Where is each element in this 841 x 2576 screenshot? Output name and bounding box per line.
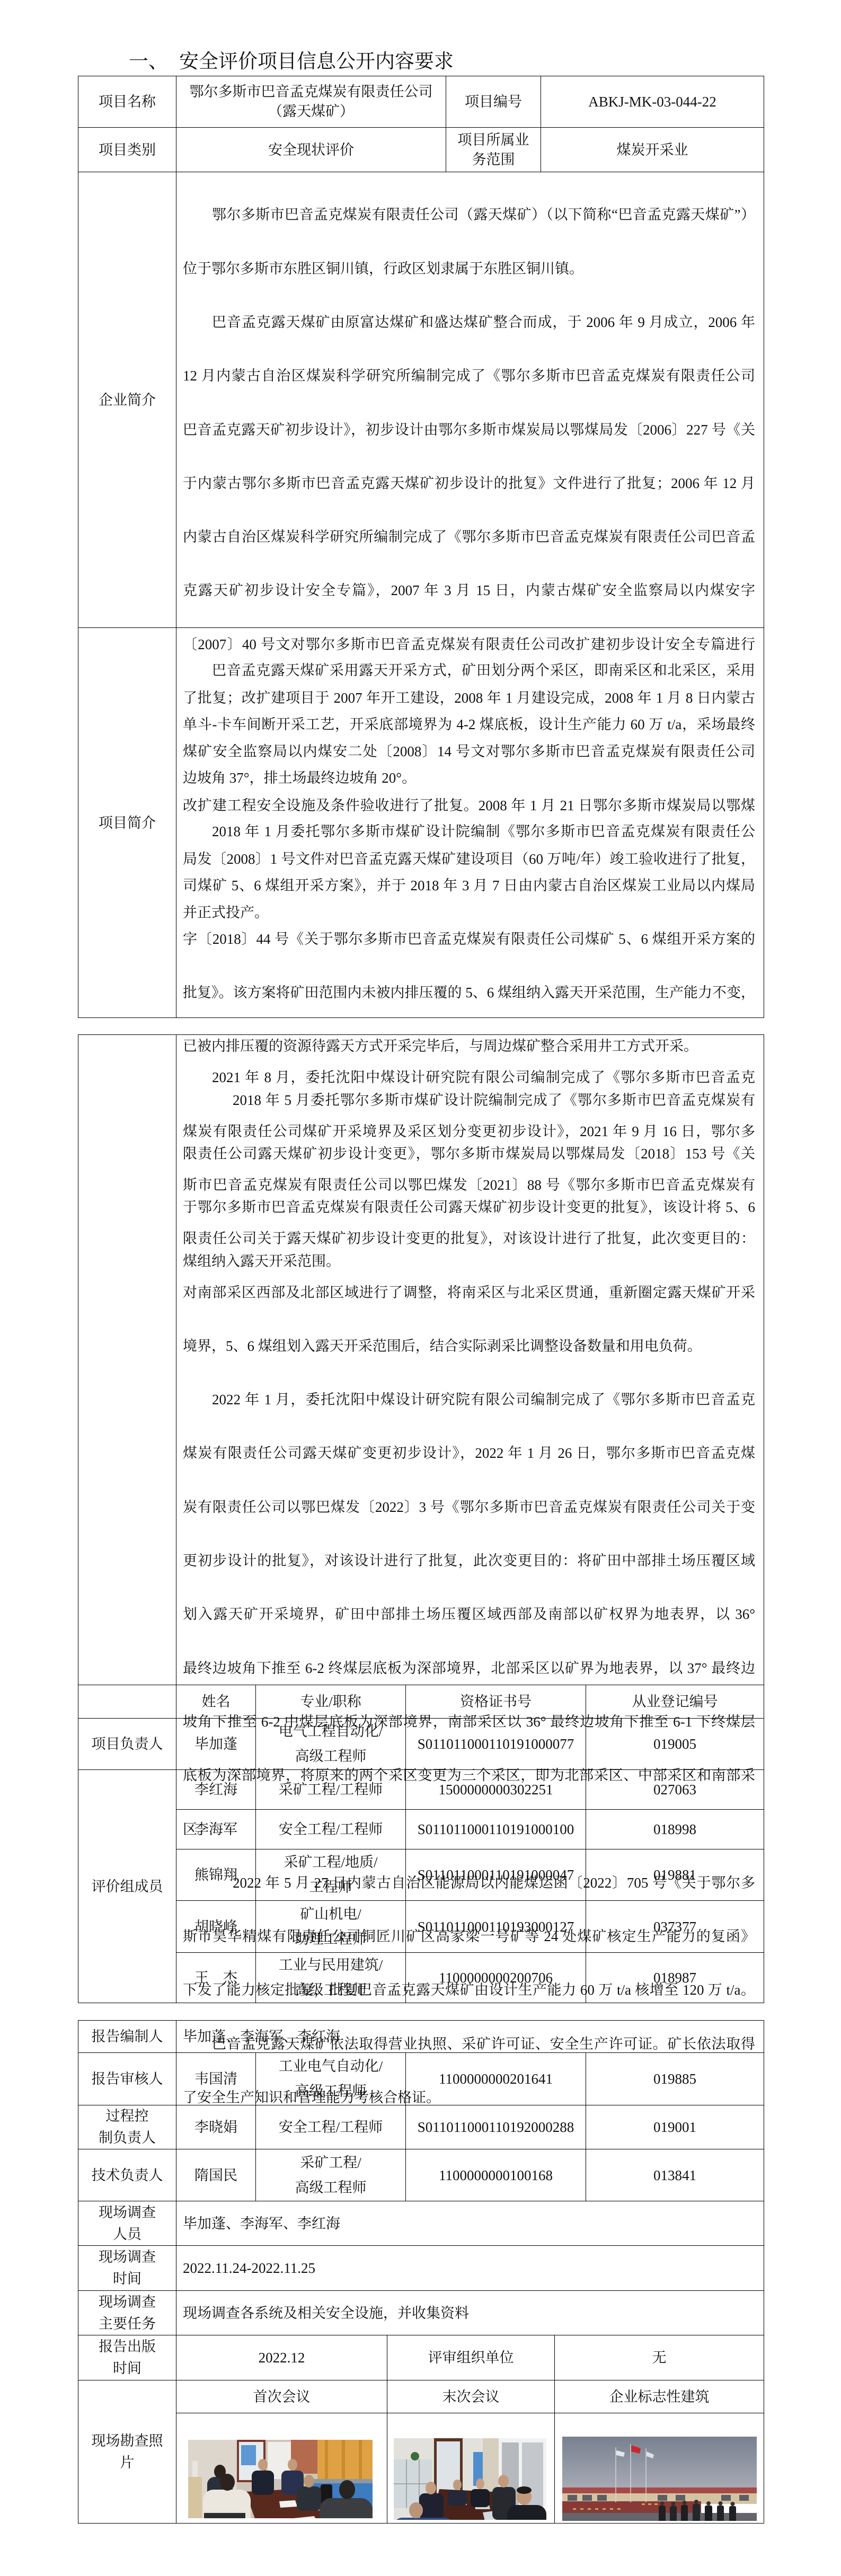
text-line: 鄂尔多斯市巴音孟克煤炭有限责任公司（露天煤矿）（以下简称“巴音孟克露天煤矿”） bbox=[183, 199, 755, 231]
person-registration: 019881 bbox=[586, 1849, 764, 1900]
text-line: 字〔2018〕44 号《关于鄂尔多斯市巴音孟克煤炭有限责任公司煤矿 5、6 煤组… bbox=[183, 923, 755, 955]
person-registration: 027063 bbox=[586, 1769, 764, 1809]
text-line: 司煤矿 5、6 煤组开采方案》，并于 2018 年 3 月 7 日由内蒙古自治区… bbox=[183, 870, 755, 902]
person-title: 电气工程自动化/ 高级工程师 bbox=[255, 1718, 405, 1769]
person-title: 采矿工程/ 高级工程师 bbox=[255, 2149, 405, 2201]
text-line: 煤炭有限责任公司煤矿开采境界及采区划分变更初步设计》，2021 年 9 月 16… bbox=[183, 1116, 755, 1148]
header-certificate: 资格证书号 bbox=[405, 1685, 586, 1718]
project-code-value: ABKJ-MK-03-044-22 bbox=[541, 76, 764, 127]
project-intro-continued-content: 2021 年 8 月，委托沈阳中煤设计研究院有限公司编制完成了《鄂尔多斯市巴音孟… bbox=[176, 1034, 764, 1685]
survey-staff-label: 现场调查 人员 bbox=[78, 2201, 176, 2245]
text-line: 最终边坡角下推至 6-2 终煤层底板为深部境界，北部采区以矿界为地表界，以 37… bbox=[183, 1652, 755, 1685]
project-intro-label: 项目简介 bbox=[78, 627, 176, 1018]
project-intro-content: 巴音孟克露天煤矿采用露天开采方式，矿田划分两个采区，即南采区和北采区，采用 单斗… bbox=[176, 627, 764, 1018]
person-certificate: 1100000000200706 bbox=[405, 1952, 586, 2003]
person-title: 安全工程/工程师 bbox=[255, 2105, 405, 2149]
text-line: 巴音孟克露天矿初步设计》，初步设计由鄂尔多斯市煤炭局以鄂煤局发〔2006〕227… bbox=[183, 414, 755, 446]
technical-lead-label: 技术负责人 bbox=[78, 2149, 176, 2201]
text-line: 克露天矿初步设计安全专篇》，2007 年 3 月 15 日，内蒙古煤矿安全监察局… bbox=[183, 574, 755, 607]
person-name: 李红海 bbox=[176, 1769, 255, 1809]
person-name: 熊锦翔 bbox=[176, 1849, 255, 1900]
person-certificate: S011011000110191000077 bbox=[405, 1718, 586, 1769]
site-photos-label: 现场勘查照 片 bbox=[78, 2380, 176, 2524]
person-name: 王 杰 bbox=[176, 1952, 255, 2003]
header-name: 姓名 bbox=[176, 1685, 255, 1718]
text-line: 2021 年 8 月，委托沈阳中煤设计研究院有限公司编制完成了《鄂尔多斯市巴音孟… bbox=[183, 1061, 755, 1094]
text-line: 内蒙古自治区煤炭科学研究所编制完成了《鄂尔多斯市巴音孟克煤炭有限责任公司巴音孟 bbox=[183, 521, 755, 553]
project-name-label: 项目名称 bbox=[78, 76, 176, 127]
person-certificate: S011011000110191000100 bbox=[405, 1809, 586, 1849]
person-title: 采矿工程/工程师 bbox=[255, 1769, 405, 1809]
enterprise-intro-content: 鄂尔多斯市巴音孟克煤炭有限责任公司（露天煤矿）（以下简称“巴音孟克露天煤矿”） … bbox=[176, 172, 764, 627]
section-title: 安全评价项目信息公开内容要求 bbox=[179, 50, 454, 74]
process-control-label: 过程控 制负责人 bbox=[78, 2105, 176, 2149]
person-title: 采矿工程/地质/ 工程师 bbox=[255, 1849, 405, 1900]
text-line: 12 月内蒙古自治区煤炭科学研究所编制完成了《鄂尔多斯市巴音孟克煤炭有限责任公司 bbox=[183, 360, 755, 392]
person-registration: 018987 bbox=[586, 1952, 764, 2003]
photo-cell-last-meeting bbox=[387, 2413, 554, 2524]
text-line: 于内蒙古鄂尔多斯市巴音孟克露天煤矿初步设计的批复》文件进行了批复；2006 年 … bbox=[183, 467, 755, 500]
section-number: 一、 bbox=[129, 50, 168, 74]
person-name: 隋国民 bbox=[176, 2149, 255, 2201]
report-compilers-value: 毕加蓬、李海军、李红海 bbox=[176, 2020, 764, 2052]
person-registration: 019001 bbox=[586, 2105, 764, 2149]
person-certificate: S011011000110193000127 bbox=[405, 1900, 586, 1952]
person-registration: 013841 bbox=[586, 2149, 764, 2201]
report-reviewer-label: 报告审核人 bbox=[78, 2052, 176, 2105]
person-name: 韦国清 bbox=[176, 2052, 255, 2105]
business-scope-label: 项目所属业 务范围 bbox=[446, 127, 541, 172]
text-line: 单斗-卡车间断开采工艺，开采底部境界为 4-2 煤底板，设计生产能力 60 万 … bbox=[183, 709, 755, 741]
survey-tasks-label: 现场调查 主要任务 bbox=[78, 2290, 176, 2335]
survey-time-value: 2022.11.24-2022.11.25 bbox=[176, 2245, 764, 2290]
person-certificate: 1100000000100168 bbox=[405, 2149, 586, 2201]
person-title: 工业电气自动化/ 高级工程师 bbox=[255, 2052, 405, 2105]
text-line: 巴音孟克露天煤矿由原富达煤矿和盛达煤矿整合而成，于 2006 年 9 月成立，2… bbox=[183, 306, 755, 339]
survey-staff-value: 毕加蓬、李海军、李红海 bbox=[176, 2201, 764, 2245]
review-org-value: 无 bbox=[554, 2335, 764, 2380]
person-certificate: 1100000000201641 bbox=[405, 2052, 586, 2105]
person-name: 李晓娟 bbox=[176, 2105, 255, 2149]
text-line: 划入露天矿开采境界，矿田中部排土场压覆区域西部及南部以矿权界为地表界，以 36° bbox=[183, 1598, 755, 1631]
person-title: 安全工程/工程师 bbox=[255, 1809, 405, 1849]
text-line: 限责任公司关于露天煤矿初步设计变更的批复》，对该设计进行了批复，此次变更目的： bbox=[183, 1223, 755, 1255]
person-title: 矿山机电/ 助理工程师 bbox=[255, 1900, 405, 1952]
text-line: 批复》。该方案将矿田范围内未被内排压覆的 5、6 煤组纳入露天开采范围，生产能力… bbox=[183, 977, 755, 1009]
document-page: 一、 安全评价项目信息公开内容要求 项目名称 鄂尔多斯市巴音孟克煤炭有限责任公司… bbox=[0, 0, 841, 2576]
text-line: 2022 年 1 月，委托沈阳中煤设计研究院有限公司编制完成了《鄂尔多斯市巴音孟… bbox=[183, 1384, 755, 1416]
person-certificate: 1500000000302251 bbox=[405, 1769, 586, 1809]
photo-cell-landmark bbox=[554, 2413, 764, 2524]
person-registration: 019005 bbox=[586, 1718, 764, 1769]
continued-label-cell bbox=[78, 1034, 176, 1685]
text-line: 炭有限责任公司以鄂巴煤发〔2022〕3 号《鄂尔多斯市巴音孟克煤炭有限责任公司关… bbox=[183, 1491, 755, 1524]
person-registration: 037377 bbox=[586, 1900, 764, 1952]
text-line: 对南部采区西部及北部区域进行了调整，将南采区与北采区贯通，重新圈定露天煤矿开采 bbox=[183, 1277, 755, 1309]
first-meeting-photo bbox=[188, 2419, 373, 2518]
text-line: 煤炭有限责任公司露天煤矿变更初步设计》，2022 年 1 月 26 日，鄂尔多斯… bbox=[183, 1437, 755, 1470]
header-blank-cell bbox=[78, 1685, 176, 1718]
text-line: 巴音孟克露天煤矿采用露天开采方式，矿田划分两个采区，即南采区和北采区，采用 bbox=[183, 654, 755, 687]
person-name: 胡晓峰 bbox=[176, 1900, 255, 1952]
project-name-value: 鄂尔多斯市巴音孟克煤炭有限责任公司 （露天煤矿） bbox=[176, 76, 446, 127]
person-registration: 019885 bbox=[586, 2052, 764, 2105]
landmark-building-photo bbox=[562, 2415, 757, 2521]
text-line: 2018 年 1 月委托鄂尔多斯市煤矿设计院编制《鄂尔多斯市巴音孟克煤炭有限责任… bbox=[183, 816, 755, 848]
person-name: 李海军 bbox=[176, 1809, 255, 1849]
photo-caption-landmark: 企业标志性建筑 bbox=[554, 2380, 764, 2413]
photo-caption-first-meeting: 首次会议 bbox=[176, 2380, 387, 2413]
text-line: 更初步设计的批复》，对该设计进行了批复，此次变更目的：将矿田中部排土场压覆区域 bbox=[183, 1545, 755, 1577]
enterprise-intro-label: 企业简介 bbox=[78, 172, 176, 627]
publish-time-label: 报告出版 时间 bbox=[78, 2335, 176, 2380]
text-line: 边坡角 37°，排土场最终边坡角 20°。 bbox=[183, 762, 755, 794]
survey-time-label: 现场调查 时间 bbox=[78, 2245, 176, 2290]
photo-caption-last-meeting: 末次会议 bbox=[387, 2380, 554, 2413]
project-category-value: 安全现状评价 bbox=[176, 127, 446, 172]
survey-tasks-value: 现场调查各系统及相关安全设施，并收集资料 bbox=[176, 2290, 764, 2335]
text-line: 斯市巴音孟克煤炭有限责任公司以鄂巴煤发〔2021〕88 号《鄂尔多斯市巴音孟克煤… bbox=[183, 1169, 755, 1201]
photo-cell-first-meeting bbox=[176, 2413, 387, 2524]
text-line: 位于鄂尔多斯市东胜区铜川镇，行政区划隶属于东胜区铜川镇。 bbox=[183, 253, 755, 285]
person-certificate: S011011000110191000047 bbox=[405, 1849, 586, 1900]
team-members-label: 评价组成员 bbox=[78, 1769, 176, 2003]
person-name: 毕加蓬 bbox=[176, 1718, 255, 1769]
header-registration: 从业登记编号 bbox=[586, 1685, 764, 1718]
report-compilers-label: 报告编制人 bbox=[78, 2020, 176, 2052]
header-title: 专业/职称 bbox=[255, 1685, 405, 1718]
project-code-label: 项目编号 bbox=[446, 76, 541, 127]
business-scope-value: 煤炭开采业 bbox=[541, 127, 764, 172]
person-certificate: S011011000110192000288 bbox=[405, 2105, 586, 2149]
project-leader-label: 项目负责人 bbox=[78, 1718, 176, 1769]
publish-time-value: 2022.12 bbox=[176, 2335, 387, 2380]
person-registration: 018998 bbox=[586, 1809, 764, 1849]
project-category-label: 项目类别 bbox=[78, 127, 176, 172]
review-org-label: 评审组织单位 bbox=[387, 2335, 554, 2380]
person-title: 工业与民用建筑/ 高级工程师 bbox=[255, 1952, 405, 2003]
last-meeting-photo bbox=[394, 2417, 546, 2520]
text-line: 境界，5、6 煤组划入露天开采范围后，结合实际剥采比调整设备数量和用电负荷。 bbox=[183, 1330, 755, 1362]
